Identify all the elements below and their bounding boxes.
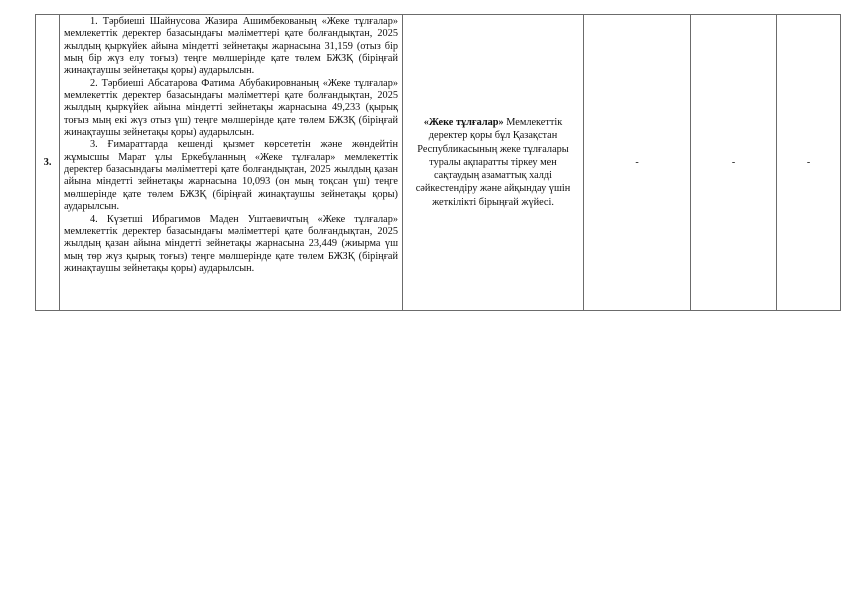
column-6-value: - <box>777 15 841 311</box>
order-item-2: 2. Тәрбиеші Абсатарова Фатима Абубакиров… <box>64 78 398 140</box>
table-row: 3. 1. Тәрбиеші Шайнусова Жазира Ашимбеко… <box>36 15 841 311</box>
column-5-value: - <box>691 15 777 311</box>
orders-cell: 1. Тәрбиеші Шайнусова Жазира Ашимбекован… <box>60 15 403 311</box>
order-item-1: 1. Тәрбиеші Шайнусова Жазира Ашимбекован… <box>64 16 398 78</box>
row-number: 3. <box>36 15 60 311</box>
description-cell: «Жеке тұлғалар» Мемлекеттік деректер қор… <box>403 15 584 311</box>
order-item-4: 4. Күзетші Ибрагимов Маден Уштаевичтың «… <box>64 214 398 276</box>
column-4-value: - <box>584 15 691 311</box>
document-table: 3. 1. Тәрбиеші Шайнусова Жазира Ашимбеко… <box>35 14 841 311</box>
order-item-3: 3. Ғимараттарда кешенді қызмет көрсететі… <box>64 139 398 213</box>
description-bold: «Жеке тұлғалар» <box>424 117 504 128</box>
description-text: Мемлекеттік деректер қоры бұл Қазақстан … <box>416 117 571 207</box>
